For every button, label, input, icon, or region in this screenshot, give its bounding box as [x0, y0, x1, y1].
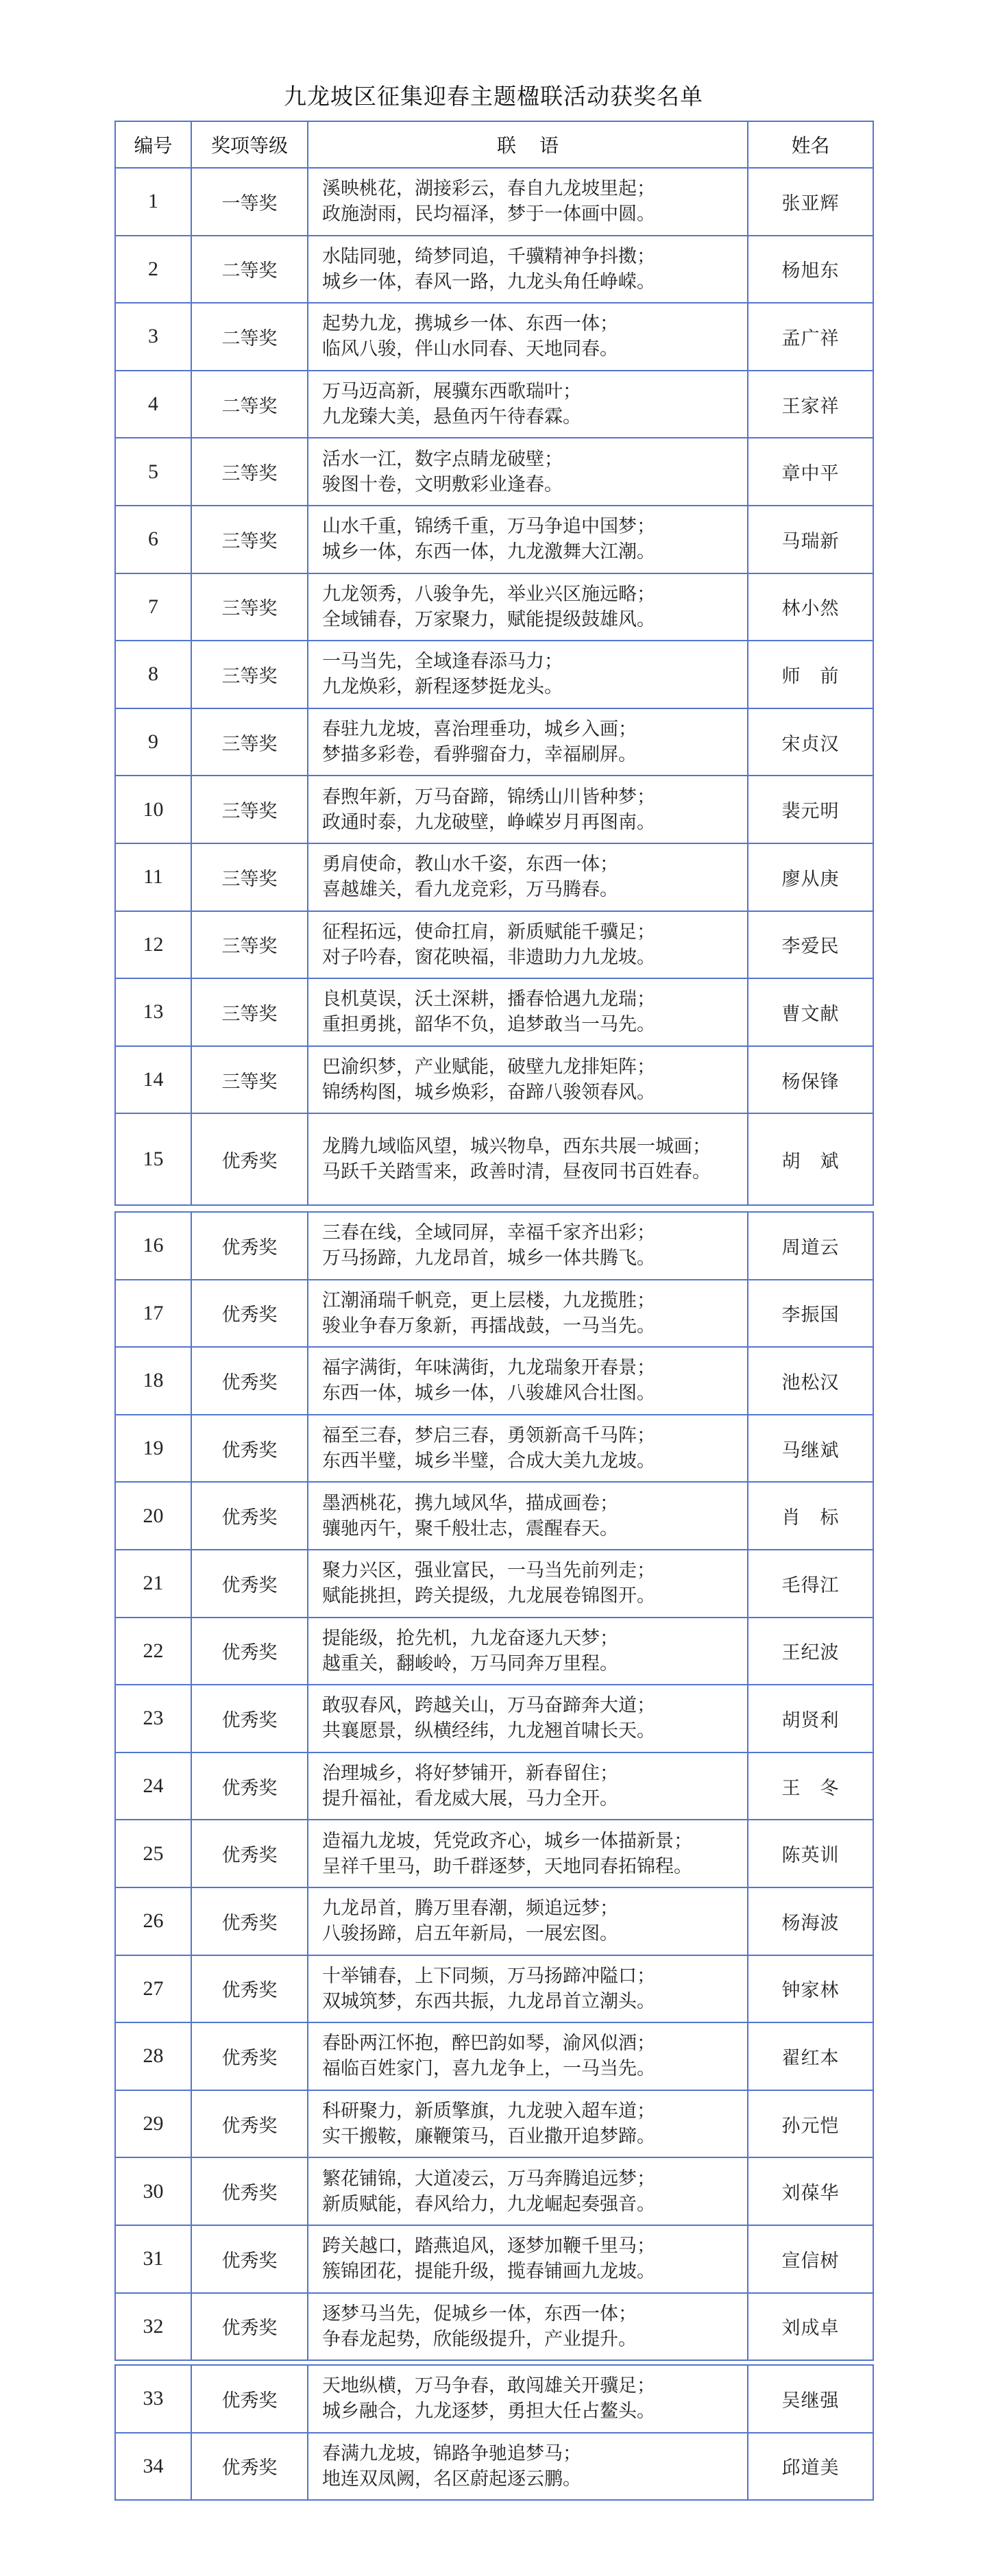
cell-name: 裴元明 [748, 776, 873, 843]
cell-couplet: 勇肩使命，教山水千姿，东西一体； 喜越雄关，看九龙竞彩，万马腾春。 [308, 843, 748, 911]
couplet-line-2: 城乡一体，春风一路，九龙头角任峥嵘。 [322, 269, 747, 295]
cell-couplet: 治理城乡，将好梦铺开，新春留住； 提升福祉，看龙威大展，马力全开。 [308, 1753, 748, 1820]
cell-name: 杨旭东 [748, 236, 873, 304]
table-row: 18 优秀奖 福字满街，年味满街，九龙瑞象开春景； 东西一体，城乡一体，八骏雄风… [115, 1347, 873, 1415]
couplet-line-1: 巴渝织梦，产业赋能，破壁九龙排矩阵； [322, 1054, 747, 1080]
table-row: 16 优秀奖 三春在线，全域同屏，幸福千家齐出彩； 万马扬蹄，九龙昂首，城乡一体… [115, 1212, 873, 1280]
cell-couplet: 跨关越口，踏燕追风，逐梦加鞭千里马； 簇锦团花，提能升级，揽春铺画九龙坡。 [308, 2225, 748, 2293]
cell-couplet: 科研聚力，新质擎旗，九龙驶入超车道； 实干搬鞍，廉鞭策马，百业撒开追梦蹄。 [308, 2090, 748, 2158]
cell-number: 10 [115, 776, 191, 843]
cell-name: 杨保锋 [748, 1046, 873, 1114]
cell-couplet: 天地纵横，万马争春，敢闯雄关开骥足； 城乡融合，九龙逐梦，勇担大任占鳌头。 [308, 2365, 748, 2433]
document-title: 九龙坡区征集迎春主题楹联活动获奖名单 [0, 81, 987, 112]
cell-name: 翟红本 [748, 2022, 873, 2090]
couplet-line-2: 簇锦团花，提能升级，揽春铺画九龙坡。 [322, 2259, 747, 2284]
award-table-page-1: 编号 奖项等级 联语 姓名 1 一等奖 溪映桃花，湖接彩云，春自九龙坡里起； 政… [114, 121, 873, 1206]
couplet-line-2: 重担勇挑，韶华不负，追梦敢当一马先。 [322, 1012, 747, 1037]
couplet-line-2: 马跃千关踏雪来，政善时清，昼夜同书百姓春。 [322, 1159, 747, 1185]
couplet-line-2: 临风八骏，伴山水同春、天地同春。 [322, 336, 747, 362]
table-row: 5 三等奖 活水一江，数字点睛龙破壁； 骏图十卷，文明敷彩业逢春。 章中平 [115, 438, 873, 506]
cell-couplet: 水陆同驰，绮梦同追，千骥精神争抖擞； 城乡一体，春风一路，九龙头角任峥嵘。 [308, 236, 748, 304]
header-award-level: 奖项等级 [191, 121, 308, 168]
cell-couplet: 福至三春，梦启三春，勇领新高千马阵； 东西半璧，城乡半璧，合成大美九龙坡。 [308, 1415, 748, 1483]
cell-couplet: 九龙昂首，腾万里春潮，频追远梦； 八骏扬蹄，启五年新局，一展宏图。 [308, 1887, 748, 1955]
couplet-line-2: 东西一体，城乡一体，八骏雄风合壮图。 [322, 1380, 747, 1406]
table-row: 29 优秀奖 科研聚力，新质擎旗，九龙驶入超车道； 实干搬鞍，廉鞭策马，百业撒开… [115, 2090, 873, 2158]
couplet-line-1: 一马当先，全域逢春添马力； [322, 649, 747, 674]
cell-award-level: 优秀奖 [191, 2090, 308, 2158]
cell-couplet: 九龙领秀，八骏争先，举业兴区施远略； 全域铺春，万家聚力，赋能提级鼓雄风。 [308, 573, 748, 641]
table-row: 24 优秀奖 治理城乡，将好梦铺开，新春留住； 提升福祉，看龙威大展，马力全开。… [115, 1753, 873, 1820]
couplet-line-1: 九龙领秀，八骏争先，举业兴区施远略； [322, 582, 747, 607]
cell-name: 马继斌 [748, 1415, 873, 1483]
table-row: 20 优秀奖 墨洒桃花，携九域风华，描成画卷； 骧驰丙午，聚千般壮志，震醒春天。… [115, 1482, 873, 1550]
cell-number: 1 [115, 168, 191, 236]
cell-couplet: 逐梦马当先，促城乡一体，东西一体； 争春龙起势，欣能级提升，产业提升。 [308, 2293, 748, 2361]
cell-award-level: 优秀奖 [191, 2022, 308, 2090]
couplet-line-1: 水陆同驰，绮梦同追，千骥精神争抖擞； [322, 244, 747, 269]
cell-number: 23 [115, 1685, 191, 1753]
cell-name: 肖 标 [748, 1482, 873, 1550]
couplet-line-2: 政施澍雨，民均福泽，梦于一体画中圆。 [322, 201, 747, 227]
cell-name: 胡 斌 [748, 1113, 873, 1205]
table-header-row: 编号 奖项等级 联语 姓名 [115, 121, 873, 168]
couplet-line-1: 逐梦马当先，促城乡一体，东西一体； [322, 2301, 747, 2327]
table-row: 17 优秀奖 江潮涌瑞千帆竞，更上层楼，九龙揽胜； 骏业争春万象新，再擂战鼓，一… [115, 1280, 873, 1348]
cell-number: 19 [115, 1415, 191, 1483]
cell-couplet: 起势九龙，携城乡一体、东西一体； 临风八骏，伴山水同春、天地同春。 [308, 303, 748, 371]
table-row: 31 优秀奖 跨关越口，踏燕追风，逐梦加鞭千里马； 簇锦团花，提能升级，揽春铺画… [115, 2225, 873, 2293]
cell-name: 胡贤利 [748, 1685, 873, 1753]
table-row: 7 三等奖 九龙领秀，八骏争先，举业兴区施远略； 全域铺春，万家聚力，赋能提级鼓… [115, 573, 873, 641]
cell-number: 29 [115, 2090, 191, 2158]
cell-award-level: 优秀奖 [191, 1753, 308, 1820]
cell-name: 钟家林 [748, 1955, 873, 2023]
couplet-line-2: 骧驰丙午，聚千般壮志，震醒春天。 [322, 1516, 747, 1541]
table-row: 11 三等奖 勇肩使命，教山水千姿，东西一体； 喜越雄关，看九龙竞彩，万马腾春。… [115, 843, 873, 911]
table-row: 10 三等奖 春煦年新，万马奋蹄，锦绣山川皆种梦； 政通时泰，九龙破壁，峥嵘岁月… [115, 776, 873, 843]
cell-couplet: 山水千重，锦绣千重，万马争追中国梦； 城乡一体，东西一体，九龙激舞大江潮。 [308, 506, 748, 573]
couplet-line-1: 墨洒桃花，携九域风华，描成画卷； [322, 1491, 747, 1516]
table-row: 8 三等奖 一马当先，全域逢春添马力； 九龙焕彩，新程逐梦挺龙头。 师 前 [115, 641, 873, 708]
couplet-line-1: 春驻九龙坡，喜治理垂功，城乡入画； [322, 717, 747, 742]
couplet-line-2: 新质赋能，春风给力，九龙崛起奏强音。 [322, 2192, 747, 2217]
table-row: 1 一等奖 溪映桃花，湖接彩云，春自九龙坡里起； 政施澍雨，民均福泽，梦于一体画… [115, 168, 873, 236]
couplet-line-1: 征程拓远，使命扛肩，新质赋能千骥足； [322, 919, 747, 945]
cell-number: 4 [115, 371, 191, 438]
couplet-line-1: 良机莫误，沃土深耕，播春恰遇九龙瑞； [322, 987, 747, 1012]
cell-name: 张亚辉 [748, 168, 873, 236]
cell-couplet: 万马迈高新，展骥东西歌瑞叶； 九龙臻大美，悬鱼丙午待春霖。 [308, 371, 748, 438]
couplet-line-2: 喜越雄关，看九龙竞彩，万马腾春。 [322, 877, 747, 902]
table-row: 33 优秀奖 天地纵横，万马争春，敢闯雄关开骥足； 城乡融合，九龙逐梦，勇担大任… [115, 2365, 873, 2433]
cell-couplet: 一马当先，全域逢春添马力； 九龙焕彩，新程逐梦挺龙头。 [308, 641, 748, 708]
table-row: 2 二等奖 水陆同驰，绮梦同追，千骥精神争抖擞； 城乡一体，春风一路，九龙头角任… [115, 236, 873, 304]
award-table: 16 优秀奖 三春在线，全域同屏，幸福千家齐出彩； 万马扬蹄，九龙昂首，城乡一体… [114, 1211, 874, 2361]
cell-number: 22 [115, 1618, 191, 1685]
cell-award-level: 优秀奖 [191, 1415, 308, 1483]
header-couplet: 联语 [308, 121, 748, 168]
cell-award-level: 二等奖 [191, 303, 308, 371]
table-row: 13 三等奖 良机莫误，沃土深耕，播春恰遇九龙瑞； 重担勇挑，韶华不负，追梦敢当… [115, 978, 873, 1046]
couplet-line-1: 繁花铺锦，大道凌云，万马奔腾追远梦； [322, 2166, 747, 2192]
couplet-line-2: 争春龙起势，欣能级提升，产业提升。 [322, 2327, 747, 2352]
couplet-line-2: 锦绣构图，城乡焕彩，奋蹄八骏领春风。 [322, 1080, 747, 1105]
couplet-line-1: 科研聚力，新质擎旗，九龙驶入超车道； [322, 2098, 747, 2124]
cell-award-level: 优秀奖 [191, 2293, 308, 2361]
cell-award-level: 优秀奖 [191, 1347, 308, 1415]
table-row: 6 三等奖 山水千重，锦绣千重，万马争追中国梦； 城乡一体，东西一体，九龙激舞大… [115, 506, 873, 573]
cell-name: 廖从庚 [748, 843, 873, 911]
cell-award-level: 优秀奖 [191, 1887, 308, 1955]
cell-name: 王纪波 [748, 1618, 873, 1685]
couplet-line-2: 九龙臻大美，悬鱼丙午待春霖。 [322, 404, 747, 430]
cell-number: 25 [115, 1820, 191, 1887]
award-table: 编号 奖项等级 联语 姓名 1 一等奖 溪映桃花，湖接彩云，春自九龙坡里起； 政… [114, 121, 874, 1206]
cell-name: 陈英训 [748, 1820, 873, 1887]
couplet-line-1: 春满九龙坡，锦路争驰追梦马； [322, 2441, 747, 2466]
cell-couplet: 溪映桃花，湖接彩云，春自九龙坡里起； 政施澍雨，民均福泽，梦于一体画中圆。 [308, 168, 748, 236]
couplet-line-1: 春卧两江怀抱，醉巴韵如琴，渝风似酒； [322, 2031, 747, 2056]
cell-number: 7 [115, 573, 191, 641]
table-row: 28 优秀奖 春卧两江怀抱，醉巴韵如琴，渝风似酒； 福临百姓家门，喜九龙争上，一… [115, 2022, 873, 2090]
cell-name: 刘葆华 [748, 2157, 873, 2225]
cell-award-level: 优秀奖 [191, 1618, 308, 1685]
couplet-line-1: 聚力兴区，强业富民，一马当先前列走； [322, 1558, 747, 1583]
cell-award-level: 优秀奖 [191, 1955, 308, 2023]
cell-number: 33 [115, 2365, 191, 2433]
couplet-line-2: 越重关，翻峻岭，万马同奔万里程。 [322, 1651, 747, 1676]
cell-name: 宣信树 [748, 2225, 873, 2293]
cell-award-level: 一等奖 [191, 168, 308, 236]
cell-number: 13 [115, 978, 191, 1046]
cell-couplet: 繁花铺锦，大道凌云，万马奔腾追远梦； 新质赋能，春风给力，九龙崛起奏强音。 [308, 2157, 748, 2225]
cell-number: 18 [115, 1347, 191, 1415]
cell-award-level: 优秀奖 [191, 2157, 308, 2225]
cell-award-level: 三等奖 [191, 776, 308, 843]
couplet-line-2: 实干搬鞍，廉鞭策马，百业撒开追梦蹄。 [322, 2124, 747, 2149]
cell-name: 李爱民 [748, 911, 873, 979]
cell-couplet: 春驻九龙坡，喜治理垂功，城乡入画； 梦描多彩卷，看骅骝奋力，幸福刷屏。 [308, 708, 748, 776]
cell-award-level: 优秀奖 [191, 1113, 308, 1205]
cell-name: 吴继强 [748, 2365, 873, 2433]
cell-number: 34 [115, 2433, 191, 2501]
cell-number: 32 [115, 2293, 191, 2361]
cell-name: 孟广祥 [748, 303, 873, 371]
cell-number: 9 [115, 708, 191, 776]
cell-couplet: 提能级，抢先机，九龙奋逐九天梦； 越重关，翻峻岭，万马同奔万里程。 [308, 1618, 748, 1685]
couplet-line-1: 造福九龙坡，凭党政齐心，城乡一体描新景； [322, 1829, 747, 1854]
cell-name: 林小然 [748, 573, 873, 641]
couplet-line-2: 呈祥千里马，助千群逐梦，天地同春拓锦程。 [322, 1854, 747, 1879]
cell-number: 16 [115, 1212, 191, 1280]
cell-number: 2 [115, 236, 191, 304]
couplet-line-1: 活水一江，数字点睛龙破壁； [322, 447, 747, 472]
table-row: 3 二等奖 起势九龙，携城乡一体、东西一体； 临风八骏，伴山水同春、天地同春。 … [115, 303, 873, 371]
cell-award-level: 三等奖 [191, 843, 308, 911]
table-row: 15 优秀奖 龙腾九域临风望，城兴物阜，西东共展一城画； 马跃千关踏雪来，政善时… [115, 1113, 873, 1205]
couplet-line-2: 东西半璧，城乡半璧，合成大美九龙坡。 [322, 1448, 747, 1474]
cell-name: 宋贞汉 [748, 708, 873, 776]
cell-couplet: 良机莫误，沃土深耕，播春恰遇九龙瑞； 重担勇挑，韶华不负，追梦敢当一马先。 [308, 978, 748, 1046]
cell-name: 孙元恺 [748, 2090, 873, 2158]
cell-number: 12 [115, 911, 191, 979]
couplet-line-1: 跨关越口，踏燕追风，逐梦加鞭千里马； [322, 2233, 747, 2259]
couplet-line-2: 双城筑梦，东西共振，九龙昂首立潮头。 [322, 1989, 747, 2014]
table-row: 21 优秀奖 聚力兴区，强业富民，一马当先前列走； 赋能挑担，跨关提级，九龙展卷… [115, 1550, 873, 1618]
cell-award-level: 二等奖 [191, 371, 308, 438]
couplet-line-1: 江潮涌瑞千帆竞，更上层楼，九龙揽胜； [322, 1288, 747, 1313]
cell-name: 曹文献 [748, 978, 873, 1046]
cell-couplet: 春煦年新，万马奋蹄，锦绣山川皆种梦； 政通时泰，九龙破壁，峥嵘岁月再图南。 [308, 776, 748, 843]
table-row: 9 三等奖 春驻九龙坡，喜治理垂功，城乡入画； 梦描多彩卷，看骅骝奋力，幸福刷屏… [115, 708, 873, 776]
table-row: 12 三等奖 征程拓远，使命扛肩，新质赋能千骥足； 对子吟春，窗花映福，非遗助力… [115, 911, 873, 979]
cell-couplet: 造福九龙坡，凭党政齐心，城乡一体描新景； 呈祥千里马，助千群逐梦，天地同春拓锦程… [308, 1820, 748, 1887]
cell-name: 王家祥 [748, 371, 873, 438]
couplet-line-2: 福临百姓家门，喜九龙争上，一马当先。 [322, 2056, 747, 2081]
cell-couplet: 三春在线，全域同屏，幸福千家齐出彩； 万马扬蹄，九龙昂首，城乡一体共腾飞。 [308, 1212, 748, 1280]
couplet-line-2: 九龙焕彩，新程逐梦挺龙头。 [322, 674, 747, 699]
cell-number: 28 [115, 2022, 191, 2090]
cell-name: 毛得江 [748, 1550, 873, 1618]
couplet-line-2: 对子吟春，窗花映福，非遗助力九龙坡。 [322, 945, 747, 970]
cell-couplet: 十举铺春，上下同频，万马扬蹄冲隘口； 双城筑梦，东西共振，九龙昂首立潮头。 [308, 1955, 748, 2023]
couplet-line-2: 共襄愿景，纵横经纬，九龙翘首啸长天。 [322, 1718, 747, 1744]
couplet-line-1: 天地纵横，万马争春，敢闯雄关开骥足； [322, 2373, 747, 2399]
table-row: 26 优秀奖 九龙昂首，腾万里春潮，频追远梦； 八骏扬蹄，启五年新局，一展宏图。… [115, 1887, 873, 1955]
cell-number: 8 [115, 641, 191, 708]
cell-couplet: 活水一江，数字点睛龙破壁； 骏图十卷，文明敷彩业逢春。 [308, 438, 748, 506]
cell-number: 21 [115, 1550, 191, 1618]
couplet-line-1: 三春在线，全域同屏，幸福千家齐出彩； [322, 1220, 747, 1246]
cell-name: 刘成卓 [748, 2293, 873, 2361]
couplet-line-2: 城乡一体，东西一体，九龙激舞大江潮。 [322, 539, 747, 565]
couplet-line-2: 梦描多彩卷，看骅骝奋力，幸福刷屏。 [322, 742, 747, 767]
couplet-line-1: 勇肩使命，教山水千姿，东西一体； [322, 852, 747, 877]
couplet-line-1: 龙腾九域临风望，城兴物阜，西东共展一城画； [322, 1134, 747, 1159]
cell-award-level: 三等奖 [191, 506, 308, 573]
couplet-line-2: 骏图十卷，文明敷彩业逢春。 [322, 472, 747, 497]
couplet-line-2: 万马扬蹄，九龙昂首，城乡一体共腾飞。 [322, 1246, 747, 1271]
award-table-page-2: 16 优秀奖 三春在线，全域同屏，幸福千家齐出彩； 万马扬蹄，九龙昂首，城乡一体… [114, 1211, 873, 2361]
cell-award-level: 优秀奖 [191, 1280, 308, 1348]
cell-number: 17 [115, 1280, 191, 1348]
header-name: 姓名 [748, 121, 873, 168]
couplet-line-1: 提能级，抢先机，九龙奋逐九天梦； [322, 1626, 747, 1651]
cell-number: 20 [115, 1482, 191, 1550]
couplet-line-1: 十举铺春，上下同频，万马扬蹄冲隘口； [322, 1964, 747, 1989]
couplet-line-2: 地连双凤阙，名区蔚起逐云鹏。 [322, 2466, 747, 2492]
cell-number: 26 [115, 1887, 191, 1955]
table-row: 4 二等奖 万马迈高新，展骥东西歌瑞叶； 九龙臻大美，悬鱼丙午待春霖。 王家祥 [115, 371, 873, 438]
cell-award-level: 优秀奖 [191, 1212, 308, 1280]
cell-couplet: 敢驭春风，跨越关山，万马奋蹄奔大道； 共襄愿景，纵横经纬，九龙翘首啸长天。 [308, 1685, 748, 1753]
couplet-line-1: 溪映桃花，湖接彩云，春自九龙坡里起； [322, 176, 747, 201]
cell-number: 6 [115, 506, 191, 573]
cell-award-level: 优秀奖 [191, 1685, 308, 1753]
cell-couplet: 福字满街，年味满街，九龙瑞象开春景； 东西一体，城乡一体，八骏雄风合壮图。 [308, 1347, 748, 1415]
table-row: 25 优秀奖 造福九龙坡，凭党政齐心，城乡一体描新景； 呈祥千里马，助千群逐梦，… [115, 1820, 873, 1887]
couplet-line-2: 赋能挑担，跨关提级，九龙展卷锦图开。 [322, 1583, 747, 1609]
cell-award-level: 三等奖 [191, 573, 308, 641]
cell-couplet: 墨洒桃花，携九域风华，描成画卷； 骧驰丙午，聚千般壮志，震醒春天。 [308, 1482, 748, 1550]
table-row: 23 优秀奖 敢驭春风，跨越关山，万马奋蹄奔大道； 共襄愿景，纵横经纬，九龙翘首… [115, 1685, 873, 1753]
cell-award-level: 优秀奖 [191, 2433, 308, 2501]
cell-award-level: 三等奖 [191, 438, 308, 506]
cell-couplet: 春满九龙坡，锦路争驰追梦马； 地连双凤阙，名区蔚起逐云鹏。 [308, 2433, 748, 2501]
award-table: 33 优秀奖 天地纵横，万马争春，敢闯雄关开骥足； 城乡融合，九龙逐梦，勇担大任… [114, 2364, 874, 2501]
couplet-line-2: 全域铺春，万家聚力，赋能提级鼓雄风。 [322, 607, 747, 632]
couplet-line-1: 福至三春，梦启三春，勇领新高千马阵； [322, 1423, 747, 1448]
cell-name: 李振国 [748, 1280, 873, 1348]
couplet-line-1: 福字满街，年味满街，九龙瑞象开春景； [322, 1355, 747, 1380]
cell-award-level: 优秀奖 [191, 1550, 308, 1618]
cell-number: 11 [115, 843, 191, 911]
couplet-line-2: 城乡融合，九龙逐梦，勇担大任占鳌头。 [322, 2399, 747, 2424]
cell-name: 邱道美 [748, 2433, 873, 2501]
table-row: 32 优秀奖 逐梦马当先，促城乡一体，东西一体； 争春龙起势，欣能级提升，产业提… [115, 2293, 873, 2361]
couplet-line-2: 政通时泰，九龙破壁，峥嵘岁月再图南。 [322, 810, 747, 835]
cell-couplet: 聚力兴区，强业富民，一马当先前列走； 赋能挑担，跨关提级，九龙展卷锦图开。 [308, 1550, 748, 1618]
cell-award-level: 优秀奖 [191, 2365, 308, 2433]
couplet-line-1: 春煦年新，万马奋蹄，锦绣山川皆种梦； [322, 784, 747, 810]
cell-number: 30 [115, 2157, 191, 2225]
couplet-line-2: 八骏扬蹄，启五年新局，一展宏图。 [322, 1921, 747, 1946]
couplet-line-1: 山水千重，锦绣千重，万马争追中国梦； [322, 514, 747, 539]
award-table-page-3: 33 优秀奖 天地纵横，万马争春，敢闯雄关开骥足； 城乡融合，九龙逐梦，勇担大任… [114, 2364, 873, 2501]
table-row: 19 优秀奖 福至三春，梦启三春，勇领新高千马阵； 东西半璧，城乡半璧，合成大美… [115, 1415, 873, 1483]
cell-number: 3 [115, 303, 191, 371]
header-number: 编号 [115, 121, 191, 168]
couplet-line-1: 万马迈高新，展骥东西歌瑞叶； [322, 379, 747, 404]
cell-award-level: 优秀奖 [191, 1820, 308, 1887]
cell-name: 周道云 [748, 1212, 873, 1280]
table-row: 34 优秀奖 春满九龙坡，锦路争驰追梦马； 地连双凤阙，名区蔚起逐云鹏。 邱道美 [115, 2433, 873, 2501]
cell-number: 31 [115, 2225, 191, 2293]
table-row: 30 优秀奖 繁花铺锦，大道凌云，万马奔腾追远梦； 新质赋能，春风给力，九龙崛起… [115, 2157, 873, 2225]
cell-award-level: 三等奖 [191, 1046, 308, 1114]
cell-name: 王 冬 [748, 1753, 873, 1820]
couplet-line-1: 九龙昂首，腾万里春潮，频追远梦； [322, 1896, 747, 1921]
couplet-line-1: 敢驭春风，跨越关山，万马奋蹄奔大道； [322, 1693, 747, 1718]
cell-number: 15 [115, 1113, 191, 1205]
cell-couplet: 江潮涌瑞千帆竞，更上层楼，九龙揽胜； 骏业争春万象新，再擂战鼓，一马当先。 [308, 1280, 748, 1348]
cell-name: 师 前 [748, 641, 873, 708]
table-row: 22 优秀奖 提能级，抢先机，九龙奋逐九天梦； 越重关，翻峻岭，万马同奔万里程。… [115, 1618, 873, 1685]
cell-number: 24 [115, 1753, 191, 1820]
table-row: 27 优秀奖 十举铺春，上下同频，万马扬蹄冲隘口； 双城筑梦，东西共振，九龙昂首… [115, 1955, 873, 2023]
cell-name: 池松汉 [748, 1347, 873, 1415]
cell-couplet: 巴渝织梦，产业赋能，破壁九龙排矩阵； 锦绣构图，城乡焕彩，奋蹄八骏领春风。 [308, 1046, 748, 1114]
cell-award-level: 三等奖 [191, 641, 308, 708]
cell-award-level: 优秀奖 [191, 2225, 308, 2293]
cell-number: 5 [115, 438, 191, 506]
table-row: 14 三等奖 巴渝织梦，产业赋能，破壁九龙排矩阵； 锦绣构图，城乡焕彩，奋蹄八骏… [115, 1046, 873, 1114]
cell-award-level: 三等奖 [191, 978, 308, 1046]
cell-name: 马瑞新 [748, 506, 873, 573]
couplet-line-1: 起势九龙，携城乡一体、东西一体； [322, 311, 747, 336]
cell-name: 杨海波 [748, 1887, 873, 1955]
cell-name: 章中平 [748, 438, 873, 506]
cell-award-level: 二等奖 [191, 236, 308, 304]
cell-award-level: 优秀奖 [191, 1482, 308, 1550]
cell-award-level: 三等奖 [191, 911, 308, 979]
cell-couplet: 春卧两江怀抱，醉巴韵如琴，渝风似酒； 福临百姓家门，喜九龙争上，一马当先。 [308, 2022, 748, 2090]
cell-number: 14 [115, 1046, 191, 1114]
couplet-line-1: 治理城乡，将好梦铺开，新春留住； [322, 1761, 747, 1786]
cell-couplet: 龙腾九域临风望，城兴物阜，西东共展一城画； 马跃千关踏雪来，政善时清，昼夜同书百… [308, 1113, 748, 1205]
cell-award-level: 三等奖 [191, 708, 308, 776]
cell-number: 27 [115, 1955, 191, 2023]
couplet-line-2: 提升福祉，看龙威大展，马力全开。 [322, 1786, 747, 1811]
cell-couplet: 征程拓远，使命扛肩，新质赋能千骥足； 对子吟春，窗花映福，非遗助力九龙坡。 [308, 911, 748, 979]
couplet-line-2: 骏业争春万象新，再擂战鼓，一马当先。 [322, 1313, 747, 1339]
